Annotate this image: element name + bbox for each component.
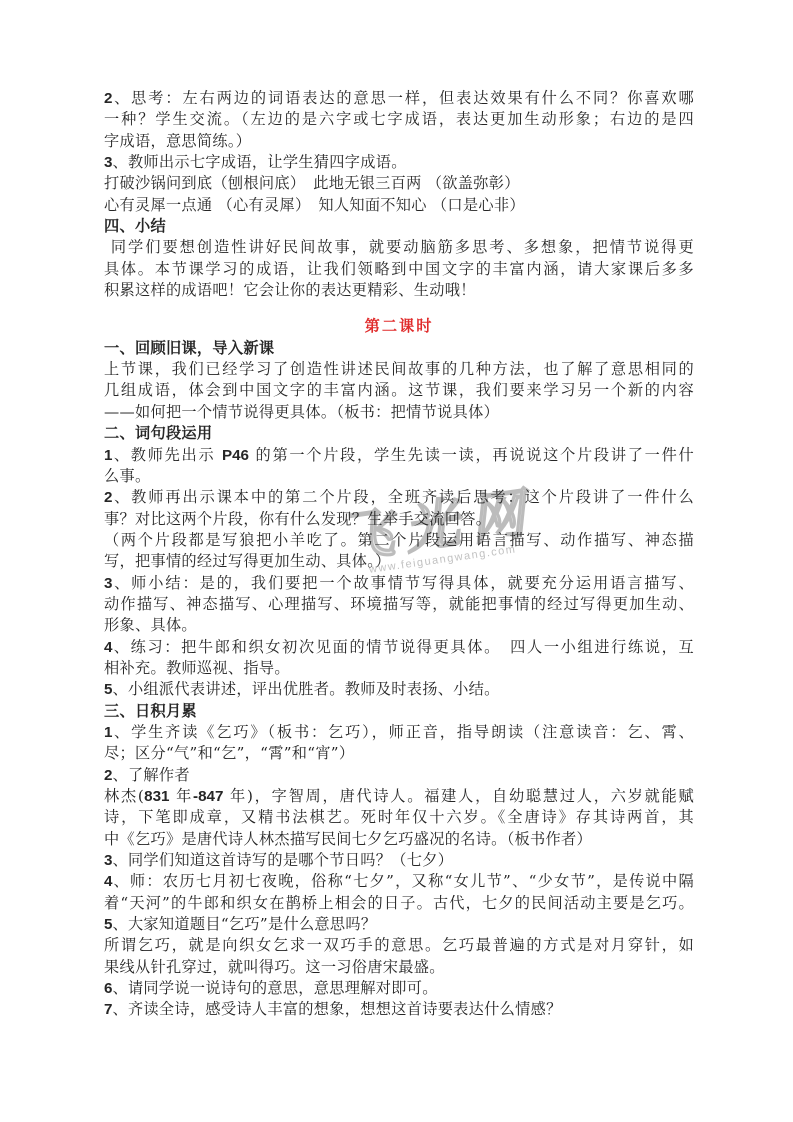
text-span: （两个片段都是写狼把小羊吃了。第二个片段运用语言描写、动作描写、神态描	[104, 531, 694, 549]
lesson-period-title: 第二课时	[104, 316, 694, 337]
text-span: 、练习：把牛郎和织女初次见面的情节说得更具体。 四人一小组进行练说，互	[112, 638, 694, 656]
text-span: 中《乞巧》是唐代诗人林杰描写民间七夕乞巧盛况的名诗。（板书作者）	[104, 830, 592, 848]
text-line: 积累这样的成语吧！它会让你的表达更精彩、生动哦！	[104, 280, 694, 301]
text-span: 、齐读全诗，感受诗人丰富的想象，想想这首诗要表达什么情感？	[112, 1000, 561, 1018]
section-heading: 三、日积月累	[104, 701, 694, 722]
text-span: 的第一个片段，学生先读一读，再说说这个片段讲了一件什	[249, 446, 694, 464]
section-heading: 二、词句段运用	[104, 423, 694, 444]
text-span: 几组成语，体会到中国文字的丰富内涵。这节课，我们要来学习另一个新的内容	[104, 381, 694, 399]
text-span: 、了解作者	[112, 766, 189, 784]
text-line: 几组成语，体会到中国文字的丰富内涵。这节课，我们要来学习另一个新的内容	[104, 380, 694, 401]
document-content: 2、思考：左右两边的词语表达的意思一样，但表达效果有什么不同？你喜欢哪一种？学生…	[104, 88, 694, 1021]
bold-number-text: P46	[222, 447, 249, 464]
text-line: 打破沙锅问到底（刨根问底） 此地无银三百两 （欲盖弥彰）	[104, 173, 694, 194]
text-span: 打破沙锅问到底（刨根问底） 此地无银三百两 （欲盖弥彰）	[104, 174, 520, 192]
text-line: 果线从针孔穿过，就叫得巧。这一习俗唐宋最盛。	[104, 957, 694, 978]
text-span: ——如何把一个情节说得更具体。（板书：把情节说具体）	[104, 403, 499, 421]
text-line: 4、练习：把牛郎和织女初次见面的情节说得更具体。 四人一小组进行练说，互	[104, 637, 694, 658]
text-line: 3、同学们知道这首诗写的是哪个节日吗？（七夕）	[104, 850, 694, 871]
text-span: 第二课时	[365, 317, 434, 335]
text-span: 动作描写、神态描写、心理描写、环境描写等，就能把事情的经过写得更加生动、	[104, 595, 694, 613]
text-line: 心有灵犀一点通 （心有灵犀） 知人知面不知心 （口是心非）	[104, 195, 694, 216]
text-span: 上节课，我们已经学习了创造性讲述民间故事的几种方法，也了解了意思相同的	[104, 360, 694, 378]
text-span: 具体。本节课学习的成语，让我们领略到中国文字的丰富内涵，请大家课后多多	[104, 260, 694, 278]
text-line: 6、请同学说一说诗句的意思，意思理解对即可。	[104, 978, 694, 999]
text-span: 么事。	[104, 467, 150, 485]
text-span: 心有灵犀一点通 （心有灵犀） 知人知面不知心 （口是心非）	[104, 196, 525, 214]
text-span: 、小组派代表讲述，评出优胜者。教师及时表扬、小结。	[112, 680, 499, 698]
text-span: 林杰(	[104, 787, 144, 805]
text-line: 2、教师再出示课本中的第二个片段，全班齐读后思考：这个片段讲了一件什么	[104, 487, 694, 508]
text-span: 、师：农历七月初七夜晚，俗称“七夕”，又称“女儿节”、“少女节”，是传说中隔	[112, 872, 694, 890]
text-span: 、同学们知道这首诗写的是哪个节日吗？（七夕）	[112, 851, 453, 869]
text-span: 年	[169, 787, 193, 805]
text-span: 果线从针孔穿过，就叫得巧。这一习俗唐宋最盛。	[104, 958, 445, 976]
text-line: 所谓乞巧，就是向织女乞求一双巧手的意思。乞巧最普遍的方式是对月穿针，如	[104, 935, 694, 956]
text-span: 三、日积月累	[104, 702, 197, 720]
text-span: 、教师先出示	[112, 446, 222, 464]
text-span: 一、回顾旧课，导入新课	[104, 339, 274, 357]
text-line: 相补充。教师巡视、指导。	[104, 658, 694, 679]
text-line: 一种？学生交流。（左边的是六字或七字成语，表达更加生动形象；右边的是四	[104, 109, 694, 130]
text-line: 字成语，意思简练。）	[104, 131, 694, 152]
text-line: 诗，下笔即成章，又精书法棋艺。死时年仅十六岁。《全唐诗》存其诗两首，其	[104, 807, 694, 828]
text-span: 积累这样的成语吧！它会让你的表达更精彩、生动哦！	[104, 281, 476, 299]
text-span: 同学们要想创造性讲好民间故事，就要动脑筋多思考、多想象，把情节说得更	[104, 238, 694, 256]
bold-number-text: -847	[193, 788, 223, 805]
text-line: 同学们要想创造性讲好民间故事，就要动脑筋多思考、多想象，把情节说得更	[104, 237, 694, 258]
text-line: 写，把事情的经过写得更加生动、具体。）	[104, 551, 694, 572]
text-line: 7、齐读全诗，感受诗人丰富的想象，想想这首诗要表达什么情感？	[104, 999, 694, 1020]
text-span: 写，把事情的经过写得更加生动、具体。）	[104, 552, 391, 570]
text-line: 着“天河”的牛郎和织女在鹊桥上相会的日子。古代，七夕的民间活动主要是乞巧。	[104, 893, 694, 914]
text-line: 具体。本节课学习的成语，让我们领略到中国文字的丰富内涵，请大家课后多多	[104, 259, 694, 280]
text-span: 所谓乞巧，就是向织女乞求一双巧手的意思。乞巧最普遍的方式是对月穿针，如	[104, 936, 694, 954]
text-span: 、学生齐读《乞巧》（板书：乞巧），师正音，指导朗读（注意读音：乞、霄、	[112, 723, 694, 741]
section-heading: 四、小结	[104, 216, 694, 237]
text-span: 、大家知道题目“乞巧”是什么意思吗？	[112, 915, 376, 933]
bold-number-text: 831	[144, 788, 169, 805]
text-line: 动作描写、神态描写、心理描写、环境描写等，就能把事情的经过写得更加生动、	[104, 594, 694, 615]
text-span: 四、小结	[104, 217, 166, 235]
text-line: 2、思考：左右两边的词语表达的意思一样，但表达效果有什么不同？你喜欢哪	[104, 88, 694, 109]
text-line: 形象、具体。	[104, 615, 694, 636]
text-line: 4、师：农历七月初七夜晚，俗称“七夕”，又称“女儿节”、“少女节”，是传说中隔	[104, 871, 694, 892]
section-heading: 一、回顾旧课，导入新课	[104, 338, 694, 359]
text-line: 事？对比这两个片段，你有什么发现？生举手交流回答。	[104, 509, 694, 530]
document-page: 飞光网 www.feiguangwang.com 2、思考：左右两边的词语表达的…	[0, 0, 793, 1122]
text-span: 形象、具体。	[104, 616, 197, 634]
text-span: 二、词句段运用	[104, 424, 212, 442]
text-line: 3、教师出示七字成语，让学生猜四字成语。	[104, 152, 694, 173]
text-line: 中《乞巧》是唐代诗人林杰描写民间七夕乞巧盛况的名诗。（板书作者）	[104, 829, 694, 850]
text-line: 1、学生齐读《乞巧》（板书：乞巧），师正音，指导朗读（注意读音：乞、霄、	[104, 722, 694, 743]
text-span: 、教师再出示课本中的第二个片段，全班齐读后思考：这个片段讲了一件什么	[112, 488, 694, 506]
text-line: 林杰(831 年-847 年)，字智周，唐代诗人。福建人，自幼聪慧过人，六岁就能…	[104, 786, 694, 807]
text-span: 尽；区分“气”和“乞”，“霄”和“宵”）	[104, 744, 354, 762]
text-line: ——如何把一个情节说得更具体。（板书：把情节说具体）	[104, 402, 694, 423]
text-span: 、请同学说一说诗句的意思，意思理解对即可。	[112, 979, 437, 997]
text-span: 、思考：左右两边的词语表达的意思一样，但表达效果有什么不同？你喜欢哪	[112, 89, 694, 107]
text-span: 、师小结：是的，我们要把一个故事情节写得具体，就要充分运用语言描写、	[112, 574, 694, 592]
text-line: 1、教师先出示 P46 的第一个片段，学生先读一读，再说说这个片段讲了一件什	[104, 445, 694, 466]
text-span: 一种？学生交流。（左边的是六字或七字成语，表达更加生动形象；右边的是四	[104, 110, 694, 128]
text-span: 诗，下笔即成章，又精书法棋艺。死时年仅十六岁。《全唐诗》存其诗两首，其	[104, 808, 694, 826]
text-line: （两个片段都是写狼把小羊吃了。第二个片段运用语言描写、动作描写、神态描	[104, 530, 694, 551]
text-line: 2、了解作者	[104, 765, 694, 786]
text-line: 么事。	[104, 466, 694, 487]
text-line: 尽；区分“气”和“乞”，“霄”和“宵”）	[104, 743, 694, 764]
text-span: 着“天河”的牛郎和织女在鹊桥上相会的日子。古代，七夕的民间活动主要是乞巧。	[104, 894, 694, 912]
text-span: 年)，字智周，唐代诗人。福建人，自幼聪慧过人，六岁就能赋	[223, 787, 694, 805]
text-line: 上节课，我们已经学习了创造性讲述民间故事的几种方法，也了解了意思相同的	[104, 359, 694, 380]
text-line: 5、大家知道题目“乞巧”是什么意思吗？	[104, 914, 694, 935]
text-span: 字成语，意思简练。）	[104, 132, 251, 150]
text-line: 3、师小结：是的，我们要把一个故事情节写得具体，就要充分运用语言描写、	[104, 573, 694, 594]
text-span: 事？对比这两个片段，你有什么发现？生举手交流回答。	[104, 510, 491, 528]
text-span: 、教师出示七字成语，让学生猜四字成语。	[112, 153, 406, 171]
text-line: 5、小组派代表讲述，评出优胜者。教师及时表扬、小结。	[104, 679, 694, 700]
text-span: 相补充。教师巡视、指导。	[104, 659, 290, 677]
